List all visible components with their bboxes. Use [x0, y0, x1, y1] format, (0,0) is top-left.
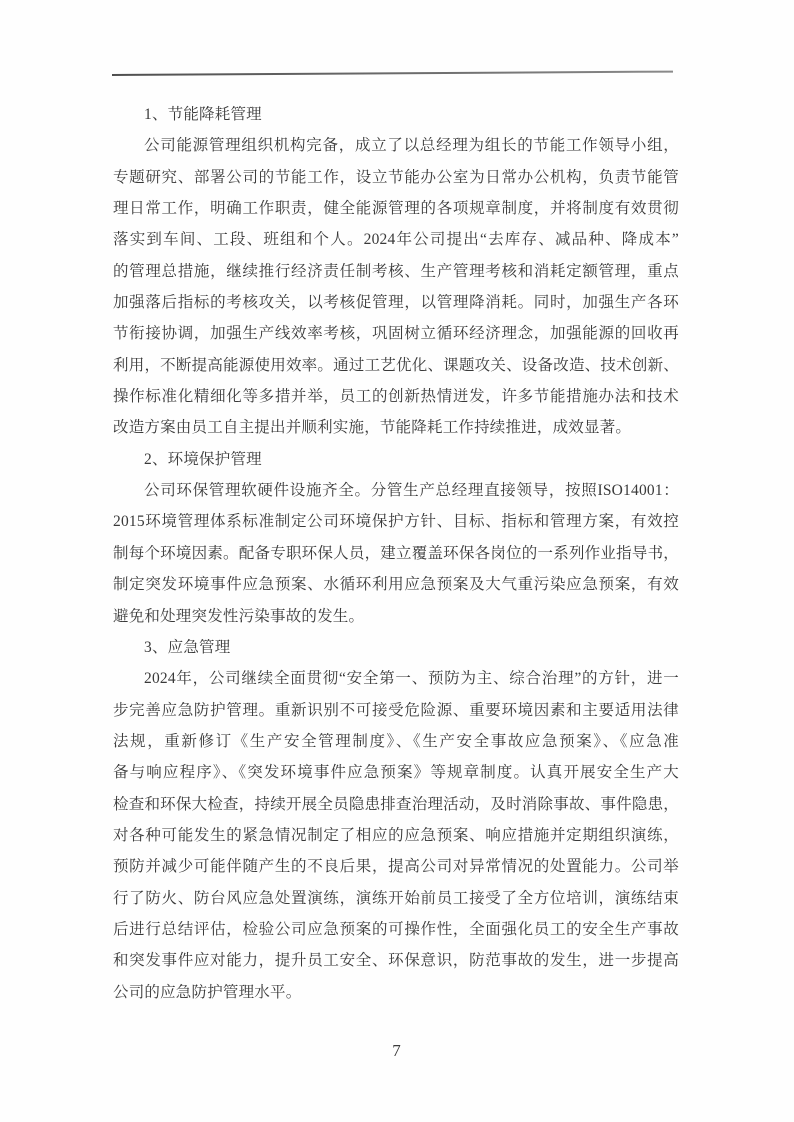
- text-line: 改造方案由员工自主提出并顺利实施，节能降耗工作持续推进，成效显著。: [113, 412, 679, 443]
- text-line: 操作标准化精细化等多措并举，员工的创新热情迸发，许多节能措施办法和技术: [113, 381, 679, 412]
- section-heading: 3、应急管理: [113, 632, 679, 663]
- text-line: 后进行总结评估，检验公司应急预案的可操作性，全面强化员工的安全生产事故: [113, 914, 679, 945]
- document-body: 1、节能降耗管理公司能源管理组织机构完备，成立了以总经理为组长的节能工作领导小组…: [113, 99, 679, 1008]
- document-page: 1、节能降耗管理公司能源管理组织机构完备，成立了以总经理为组长的节能工作领导小组…: [0, 0, 794, 1122]
- text-line: 专题研究、部署公司的节能工作，设立节能办公室为日常办公机构，负责节能管: [113, 162, 679, 193]
- text-line: 行了防火、防台风应急处置演练，演练开始前员工接受了全方位培训，演练结束: [113, 883, 679, 914]
- section-heading: 1、节能降耗管理: [113, 99, 679, 130]
- text-line: 利用，不断提高能源使用效率。通过工艺优化、课题攻关、设备改造、技术创新、: [113, 350, 679, 381]
- text-line: 检查和环保大检查，持续开展全员隐患排查治理活动，及时消除事故、事件隐患，: [113, 789, 679, 820]
- text-line: 加强落后指标的考核攻关，以考核促管理，以管理降消耗。同时，加强生产各环: [113, 287, 679, 318]
- page-number: 7: [0, 1041, 794, 1061]
- text-line: 制每个环境因素。配备专职环保人员，建立覆盖环保各岗位的一系列作业指导书，: [113, 538, 679, 569]
- text-line: 制定突发环境事件应急预案、水循环利用应急预案及大气重污染应急预案，有效: [113, 569, 679, 600]
- section-heading: 2、环境保护管理: [113, 444, 679, 475]
- text-line: 和突发事件应对能力，提升员工安全、环保意识，防范事故的发生，进一步提高: [113, 945, 679, 976]
- text-line: 公司能源管理组织机构完备，成立了以总经理为组长的节能工作领导小组，: [113, 130, 679, 161]
- text-line: 对各种可能发生的紧急情况制定了相应的应急预案、响应措施并定期组织演练，: [113, 820, 679, 851]
- text-line: 理日常工作，明确工作职责，健全能源管理的各项规章制度，并将制度有效贯彻: [113, 193, 679, 224]
- text-line: 法规，重新修订《生产安全管理制度》、《生产安全事故应急预案》、《应急准: [113, 726, 679, 757]
- text-line: 避免和处理突发性污染事故的发生。: [113, 601, 679, 632]
- text-line: 落实到车间、工段、班组和个人。2024年公司提出“去库存、减品种、降成本”: [113, 224, 679, 255]
- text-line: 备与响应程序》、《突发环境事件应急预案》等规章制度。认真开展安全生产大: [113, 757, 679, 788]
- text-line: 的管理总措施，继续推行经济责任制考核、生产管理考核和消耗定额管理，重点: [113, 256, 679, 287]
- text-line: 节衔接协调，加强生产线效率考核，巩固树立循环经济理念，加强能源的回收再: [113, 318, 679, 349]
- text-line: 2015环境管理体系标准制定公司环境保护方针、目标、指标和管理方案，有效控: [113, 506, 679, 537]
- text-line: 2024年，公司继续全面贯彻“安全第一、预防为主、综合治理”的方针，进一: [113, 663, 679, 694]
- header-rule: [112, 71, 673, 76]
- text-line: 步完善应急防护管理。重新识别不可接受危险源、重要环境因素和主要适用法律: [113, 695, 679, 726]
- text-line: 预防并减少可能伴随产生的不良后果，提高公司对异常情况的处置能力。公司举: [113, 851, 679, 882]
- text-line: 公司的应急防护管理水平。: [113, 977, 679, 1008]
- text-line: 公司环保管理软硬件设施齐全。分管生产总经理直接领导，按照ISO14001：: [113, 475, 679, 506]
